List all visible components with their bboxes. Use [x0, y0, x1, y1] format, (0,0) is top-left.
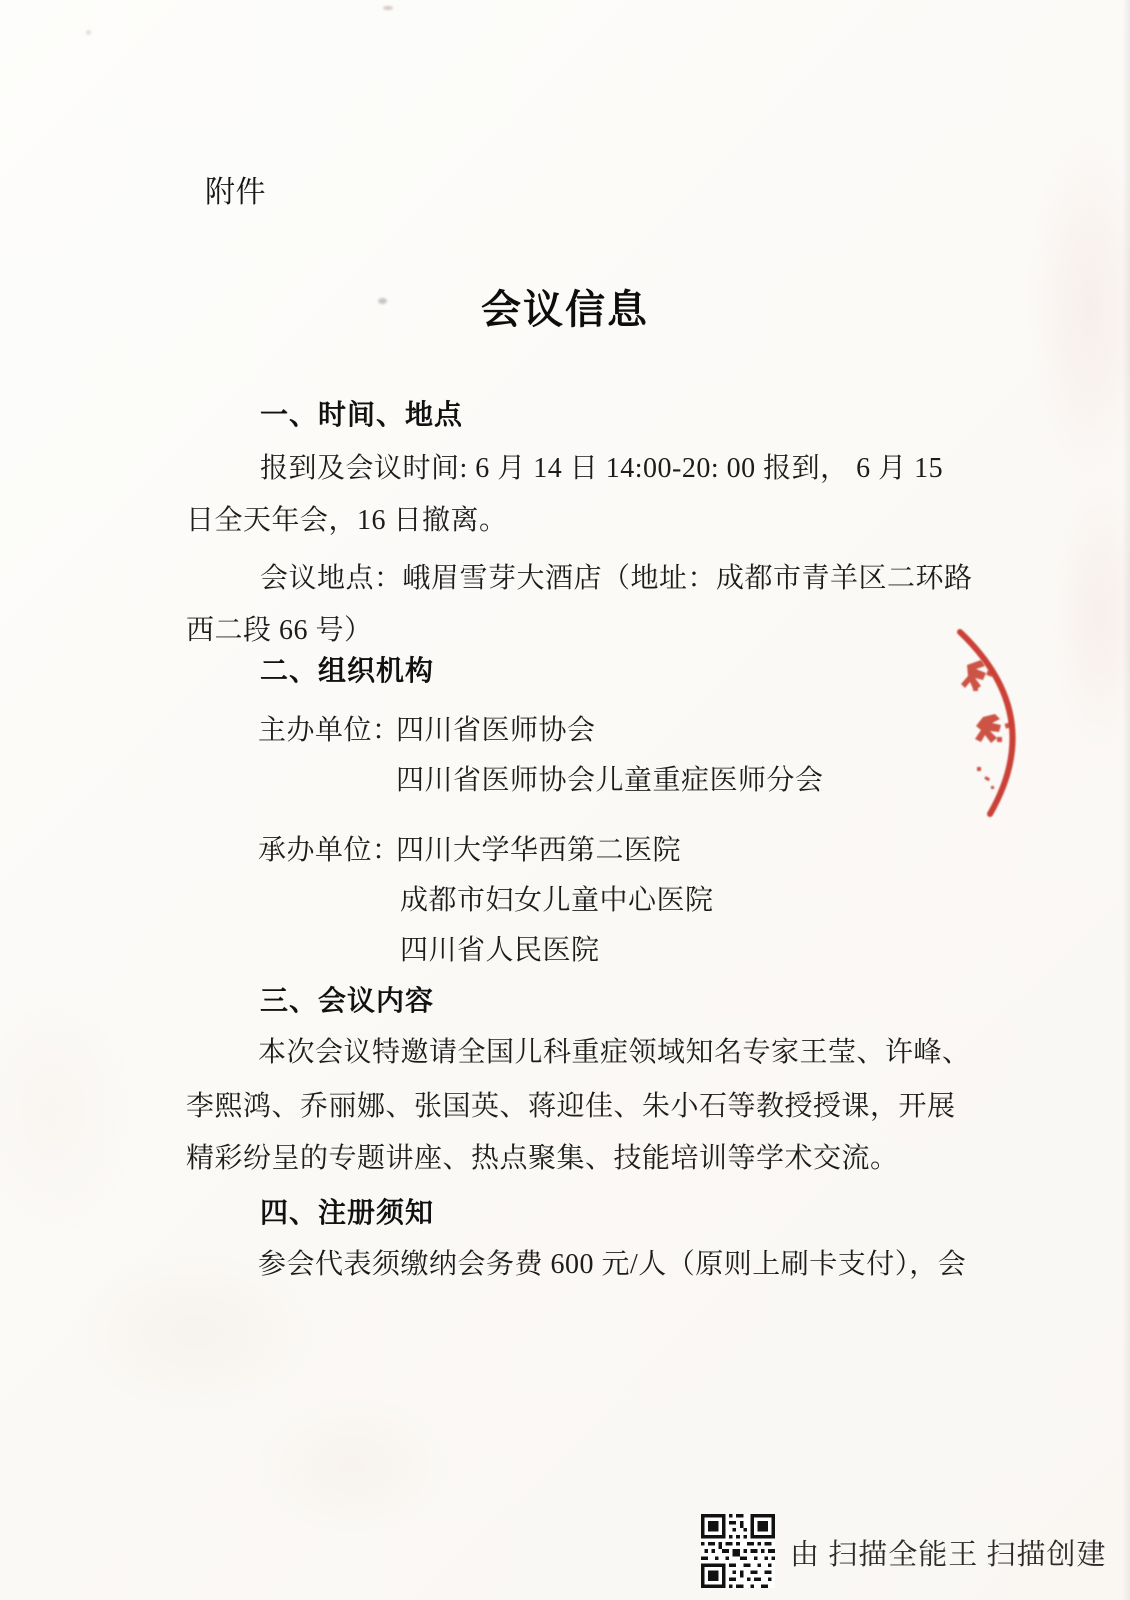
paragraph-registration-time: 报到及会议时间: 6 月 14 日 14:00-20: 00 报到， 6 月 1… [260, 452, 943, 486]
scan-edge-shadow [1122, 0, 1130, 1600]
section-heading-time-location: 一、时间、地点 [260, 398, 463, 432]
host-label: 主办单位： [258, 714, 401, 748]
host-item: 四川省医师协会儿童重症医师分会 [396, 764, 824, 798]
organizer-item: 四川省人民医院 [400, 934, 600, 968]
paragraph-content-2: 李熙鸿、乔丽娜、张国英、蒋迎佳、朱小石等教授授课，开展 [186, 1090, 956, 1124]
attachment-label: 附件 [205, 176, 266, 210]
host-item: 四川省医师协会 [396, 714, 596, 748]
paragraph-content-3: 精彩纷呈的专题讲座、热点聚集、技能培训等学术交流。 [186, 1142, 899, 1176]
organizer-item: 成都市妇女儿童中心医院 [400, 884, 714, 918]
page-title: 会议信息 [0, 278, 1130, 335]
section-heading-organization: 二、组织机构 [260, 654, 434, 688]
paragraph-venue: 会议地点：峨眉雪芽大酒店（地址：成都市青羊区二环路 [260, 562, 973, 596]
scan-speck [86, 30, 91, 35]
red-stamp [925, 605, 1105, 830]
organizer-label: 承办单位： [258, 834, 401, 868]
scan-speck [383, 6, 393, 10]
scanned-document-page: 附件 会议信息 一、时间、地点 报到及会议时间: 6 月 14 日 14:00-… [0, 0, 1130, 1600]
paragraph-content-1: 本次会议特邀请全国儿科重症领域知名专家王莹、许峰、 [258, 1036, 971, 1070]
paragraph-registration-fee: 参会代表须缴纳会务费 600 元/人（原则上刷卡支付），会 [258, 1248, 966, 1282]
paragraph-registration-time-cont: 日全天年会，16 日撤离。 [186, 504, 508, 538]
section-heading-registration: 四、注册须知 [260, 1196, 434, 1230]
qr-code [701, 1514, 775, 1588]
section-heading-content: 三、会议内容 [260, 984, 434, 1018]
scan-smudge [40, 1180, 560, 1560]
paragraph-venue-cont: 西二段 66 号） [186, 614, 373, 648]
scanner-credit-text: 由 扫描全能王 扫描创建 [790, 1532, 1107, 1573]
organizer-item: 四川大学华西第二医院 [396, 834, 681, 868]
